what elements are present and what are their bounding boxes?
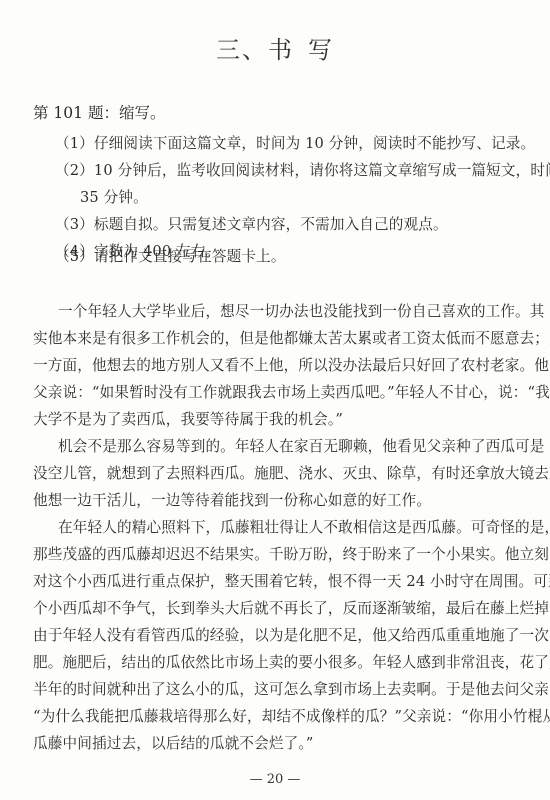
passage-line: 他想一边干活儿，一边等待着能找到一份称心如意的好工作。: [33, 489, 431, 510]
passage-line: 肥。施肥后，结出的瓜依然比市场上卖的要小很多。年轻人感到非常沮丧，花了大: [33, 651, 550, 672]
instruction-2: （2）10 分钟后，监考收回阅读材料，请你将这篇文章缩写成一篇短文，时间为: [55, 159, 550, 180]
passage-line: 大学不是为了卖西瓜，我要等待属于我的机会。”: [33, 408, 343, 429]
section-title-part1: 三、书: [216, 36, 294, 64]
section-title: 三、书写: [0, 30, 550, 65]
section-title-part2: 写: [308, 36, 334, 64]
passage-line: 个小西瓜却不争气，长到拳头大后就不再长了，反而逐渐皱缩，最后在藤上烂掉了。: [33, 597, 550, 618]
passage-line: 由于年轻人没有看管西瓜的经验，以为是化肥不足，他又给西瓜重重地施了一次: [33, 624, 549, 645]
passage-line: 一方面，他想去的地方别人又看不上他，所以没办法最后只好回了农村老家。他的: [33, 354, 550, 375]
passage-line: 机会不是那么容易等到的。年轻人在家百无聊赖，他看见父亲种了西瓜可是: [58, 435, 545, 456]
passage-line: 在年轻人的精心照料下，瓜藤粗壮得让人不敢相信这是西瓜藤。可奇怪的是，: [58, 516, 550, 537]
instruction-2-cont: 35 分钟。: [80, 186, 148, 207]
passage-line: 实他本来是有很多工作机会的，但是他都嫌太苦太累或者工资太低而不愿意去；另: [33, 327, 550, 348]
passage-line: 瓜藤中间插过去，以后结的瓜就不会烂了。”: [33, 732, 313, 753]
instruction-5: （5）请把作文直接写在答题卡上。: [55, 245, 286, 266]
passage-line: 父亲说：“如果暂时没有工作就跟我去市场上卖西瓜吧。”年轻人不甘心，说：“我读: [33, 381, 550, 402]
passage-line: 对这个小西瓜进行重点保护，整天围着它转，恨不得一天 24 小时守在周围。可那: [33, 570, 550, 591]
passage-line: 那些茂盛的西瓜藤却迟迟不结果实。千盼万盼，终于盼来了一个小果实。他立刻: [33, 543, 549, 564]
question-heading: 第 101 题：缩写。: [33, 101, 165, 123]
passage-line: 一个年轻人大学毕业后，想尽一切办法也没能找到一份自己喜欢的工作。其: [58, 300, 545, 321]
passage-line: 半年的时间就种出了这么小的瓜，这可怎么拿到市场上去卖啊。于是他去问父亲：: [33, 678, 550, 699]
passage-line: “为什么我能把瓜藤栽培得那么好，却结不成像样的瓜？”父亲说：“你用小竹棍从: [33, 705, 550, 726]
page-number: — 20 —: [0, 772, 550, 787]
passage-line: 没空儿管，就想到了去照料西瓜。施肥、浇水、灭虫、除草，有时还拿放大镜去观察，: [33, 462, 550, 483]
instruction-1: （1）仔细阅读下面这篇文章，时间为 10 分钟，阅读时不能抄写、记录。: [55, 132, 535, 153]
document-page: 三、书写 第 101 题：缩写。 （1）仔细阅读下面这篇文章，时间为 10 分钟…: [0, 0, 550, 800]
instruction-3: （3）标题自拟。只需复述文章内容，不需加入自己的观点。: [55, 213, 448, 234]
